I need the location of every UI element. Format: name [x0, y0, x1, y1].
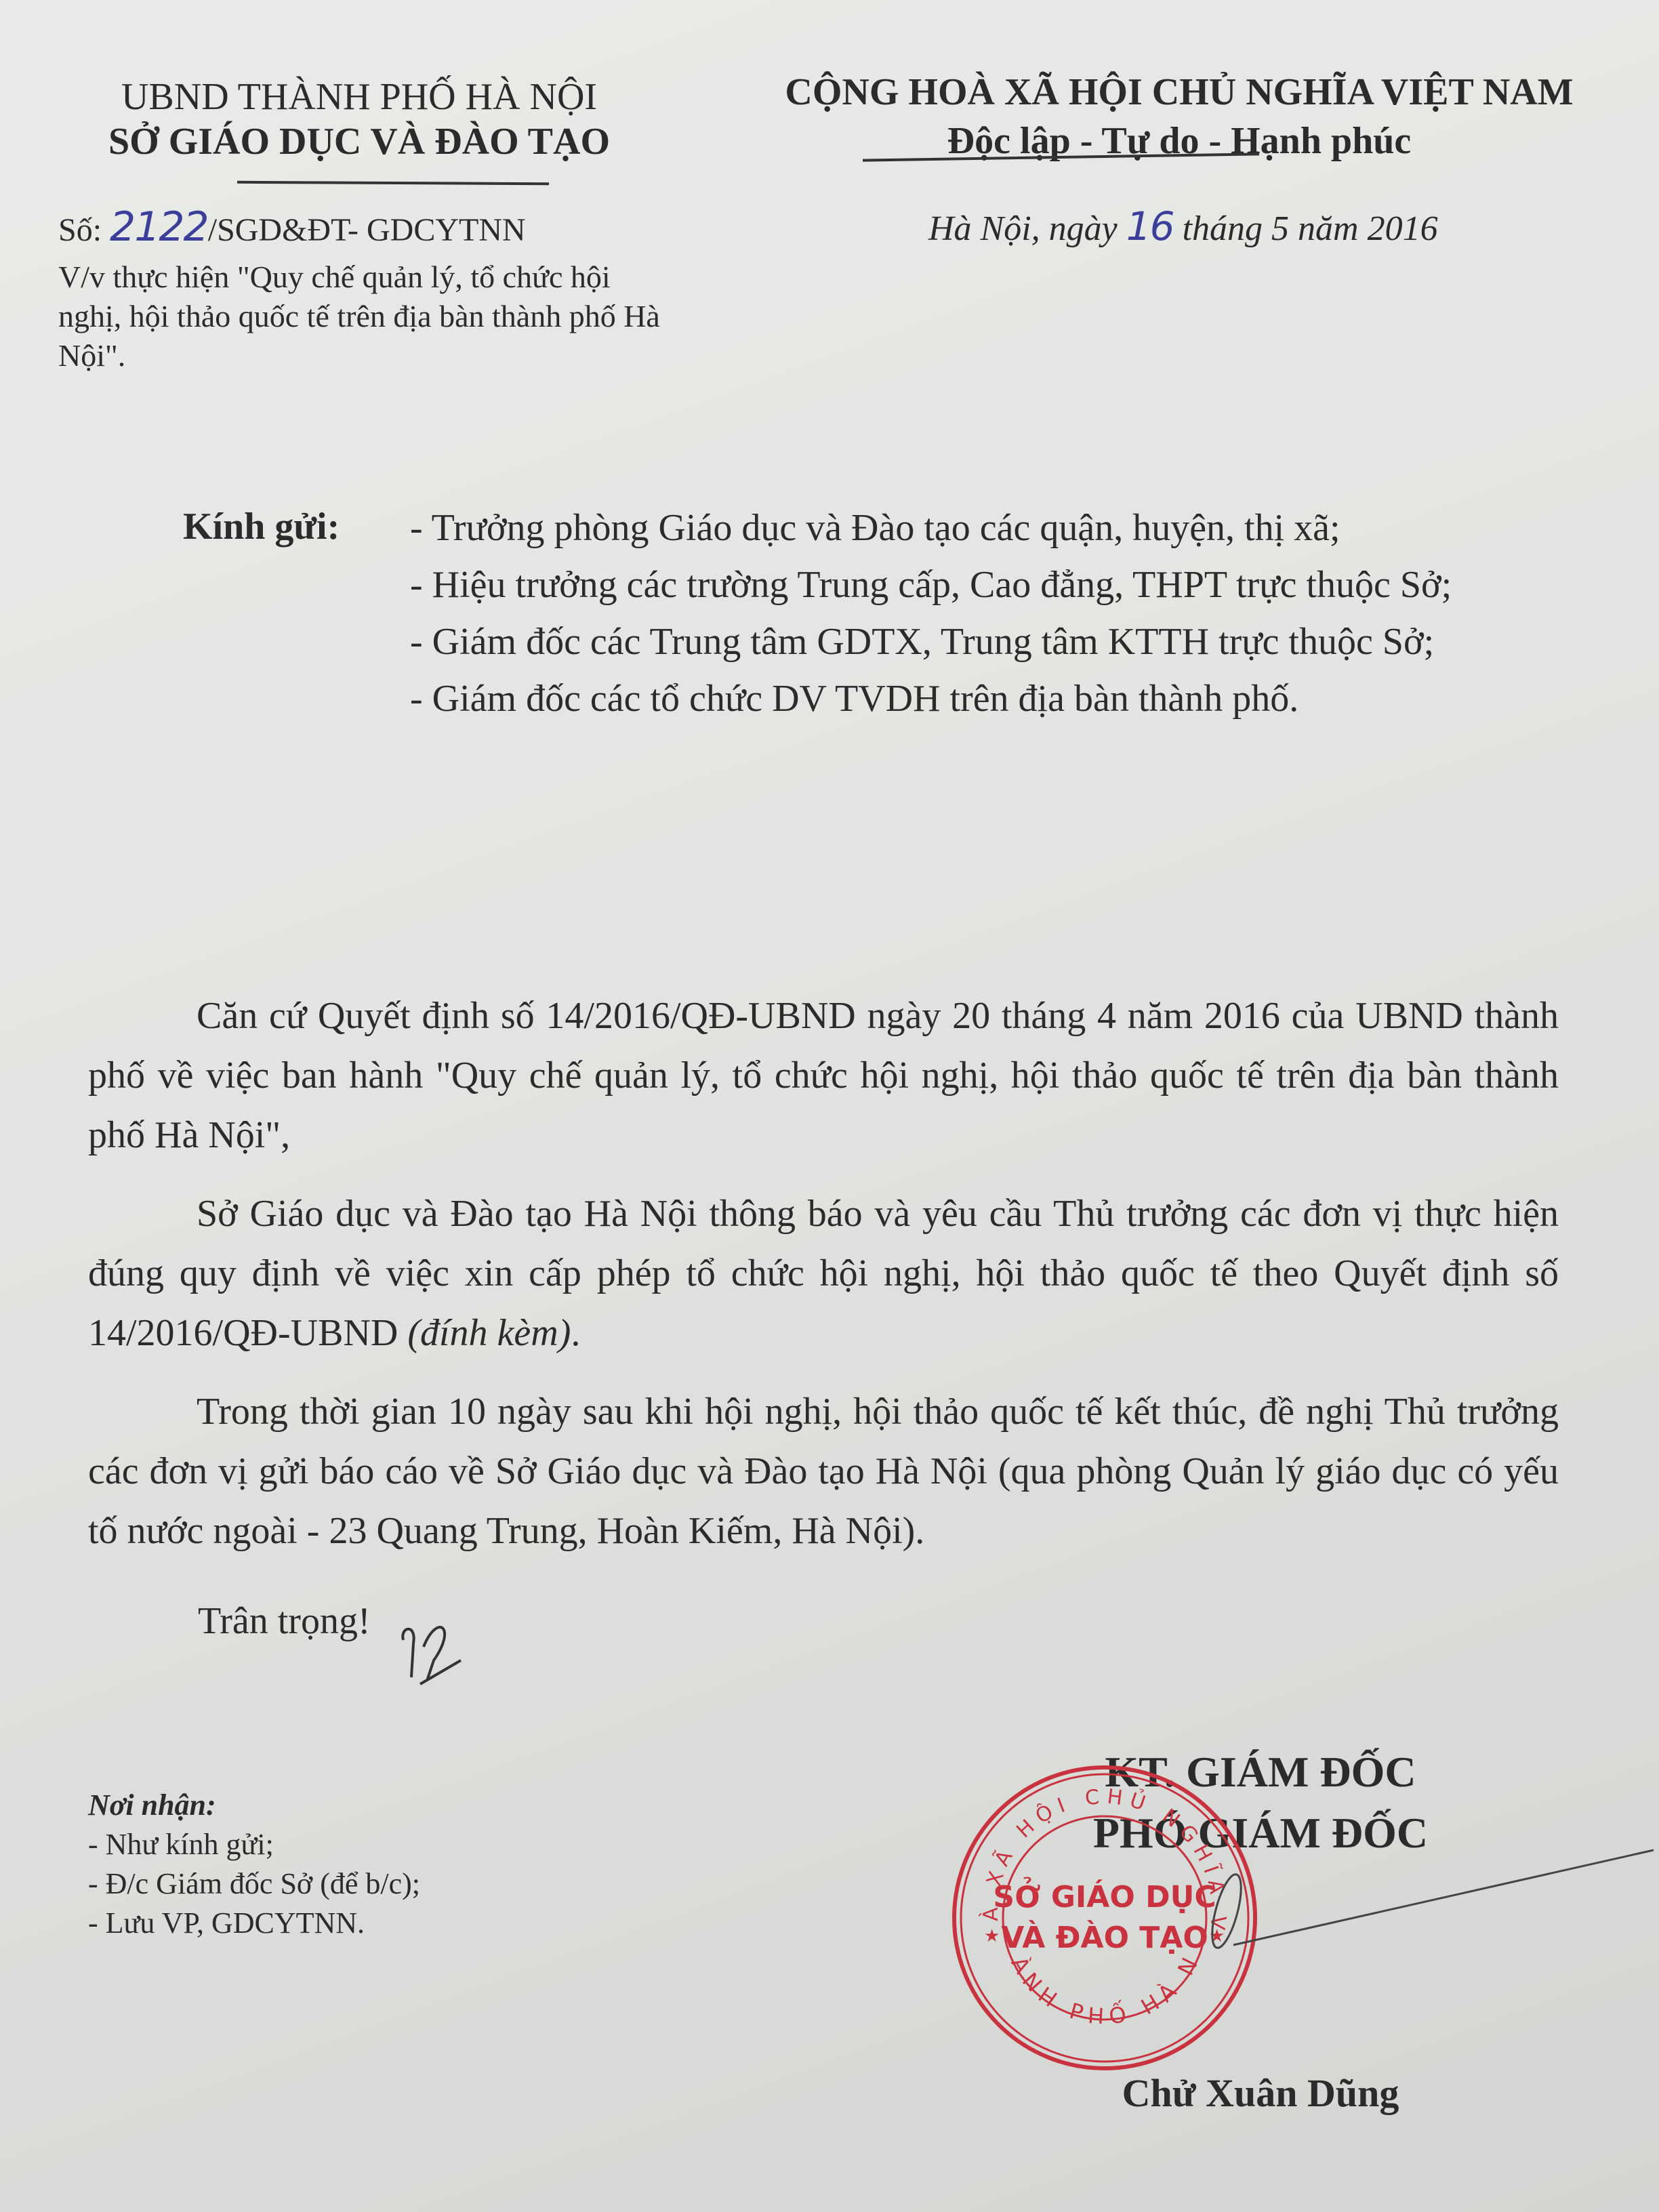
motto: Độc lập - Tự do - Hạnh phúc: [732, 117, 1626, 165]
date-prefix: Hà Nội, ngày: [928, 209, 1118, 248]
initial-mark-icon: [396, 1613, 478, 1687]
subject-line: V/v thực hiện "Quy chế quản lý, tổ chức …: [58, 258, 668, 375]
country-name: CỘNG HOÀ XÃ HỘI CHỦ NGHĨA VIỆT NAM: [732, 68, 1626, 117]
number-suffix: /SGD&ĐT- GDCYTNN: [208, 212, 526, 248]
document-number: Số: 2122/SGD&ĐT- GDCYTNN: [58, 203, 526, 251]
authority-underline: [237, 181, 549, 185]
recipients-label: Kính gửi:: [183, 505, 340, 548]
recipient-item: - Giám đốc các tổ chức DV TVDH trên địa …: [410, 671, 1562, 726]
letter-body: Căn cứ Quyết định số 14/2016/QĐ-UBND ngà…: [88, 986, 1559, 1580]
closing: Trân trọng!: [198, 1599, 371, 1643]
date-suffix: tháng 5 năm 2016: [1183, 209, 1438, 248]
paragraph-reporting: Trong thời gian 10 ngày sau khi hội nghị…: [88, 1382, 1559, 1561]
recipient-item: - Giám đốc các Trung tâm GDTX, Trung tâm…: [410, 614, 1562, 670]
attachment-note: (đính kèm): [407, 1312, 571, 1354]
paragraph-request: Sở Giáo dục và Đào tạo Hà Nội thông báo …: [88, 1184, 1559, 1363]
date-line: Hà Nội, ngày 16 tháng 5 năm 2016: [928, 203, 1438, 249]
distribution-item: - Đ/c Giám đốc Sở (để b/c);: [88, 1864, 420, 1904]
recipient-item: - Hiệu trưởng các trường Trung cấp, Cao …: [410, 557, 1562, 613]
signer-name: Chử Xuân Dũng: [1017, 2070, 1504, 2116]
national-motto: CỘNG HOÀ XÃ HỘI CHỦ NGHĨA VIỆT NAM Độc l…: [732, 68, 1626, 165]
paragraph-legal-basis: Căn cứ Quyết định số 14/2016/QĐ-UBND ngà…: [88, 986, 1559, 1165]
recipients-list: - Trưởng phòng Giáo dục và Đào tạo các q…: [410, 500, 1562, 728]
distribution-item: - Lưu VP, GDCYTNN.: [88, 1904, 420, 1943]
issuing-authority: UBND THÀNH PHỐ HÀ NỘI SỞ GIÁO DỤC VÀ ĐÀO…: [41, 75, 678, 164]
handwritten-day: 16: [1126, 203, 1174, 249]
authority-line-1: UBND THÀNH PHỐ HÀ NỘI: [41, 75, 678, 119]
recipient-item: - Trưởng phòng Giáo dục và Đào tạo các q…: [410, 500, 1562, 556]
distribution-item: - Như kính gửi;: [88, 1825, 420, 1864]
authority-line-2: SỞ GIÁO DỤC VÀ ĐÀO TẠO: [41, 119, 678, 164]
distribution-list: Nơi nhận: - Như kính gửi; - Đ/c Giám đốc…: [88, 1786, 420, 1943]
distribution-title: Nơi nhận:: [88, 1786, 420, 1825]
signature-mark-icon: [1206, 1843, 1659, 1979]
handwritten-number: 2122: [110, 203, 208, 251]
number-label: Số:: [58, 212, 102, 248]
